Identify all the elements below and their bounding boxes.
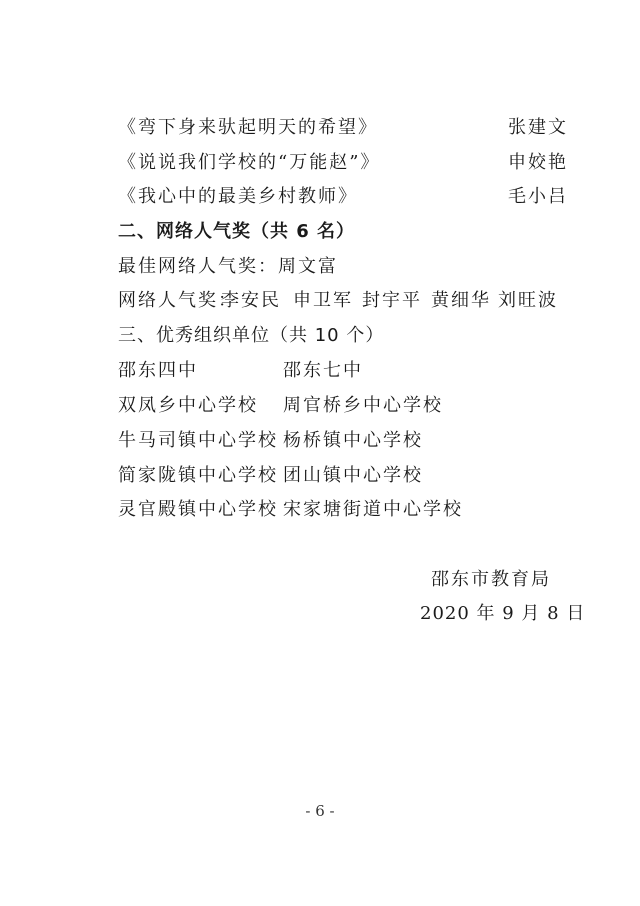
signature-organization: 邵东市教育局: [431, 569, 551, 591]
article-author: 申姣艳: [508, 152, 568, 174]
popularity-winner: 李安民: [221, 290, 281, 312]
best-popularity-label: 最佳网络人气奖：: [118, 256, 278, 277]
popularity-winner: 申卫军: [293, 290, 353, 312]
organizer-unit: 邵东四中: [118, 360, 198, 382]
popularity-label: 网络人气奖：: [118, 290, 238, 311]
article-author: 毛小吕: [508, 186, 568, 208]
article-title: 《说说我们学校的“万能赵”》: [118, 152, 380, 174]
article-title: 《我心中的最美乡村教师》: [118, 186, 358, 208]
best-popularity-winner: 周文富: [278, 256, 338, 277]
popularity-winner: 刘旺波: [498, 290, 558, 312]
organizer-unit: 简家陇镇中心学校: [118, 465, 278, 487]
organizer-unit: 杨桥镇中心学校: [283, 430, 423, 452]
organizer-unit: 牛马司镇中心学校: [118, 430, 278, 452]
organizer-unit: 团山镇中心学校: [283, 465, 423, 487]
organizer-unit: 邵东七中: [283, 360, 363, 382]
section-heading-network-popularity: 二、网络人气奖（共 6 名）: [118, 221, 355, 243]
best-popularity-row: 最佳网络人气奖：周文富: [118, 256, 338, 278]
popularity-winner: 黄细华: [431, 290, 491, 312]
organizer-unit: 周官桥乡中心学校: [283, 395, 443, 417]
article-author: 张建文: [508, 117, 568, 139]
organizer-unit: 灵官殿镇中心学校: [118, 499, 278, 521]
organizer-unit: 双凤乡中心学校: [118, 395, 258, 417]
popularity-winner: 封宇平: [362, 290, 422, 312]
section-heading-excellent-organizers: 三、优秀组织单位（共 10 个）: [118, 325, 384, 347]
organizer-unit: 宋家塘街道中心学校: [283, 499, 463, 521]
article-title: 《弯下身来驮起明天的希望》: [118, 117, 378, 139]
page-number: - 6 -: [0, 802, 640, 820]
popularity-row: 网络人气奖：: [118, 290, 238, 312]
signature-date: 2020 年 9 月 8 日: [420, 603, 585, 625]
